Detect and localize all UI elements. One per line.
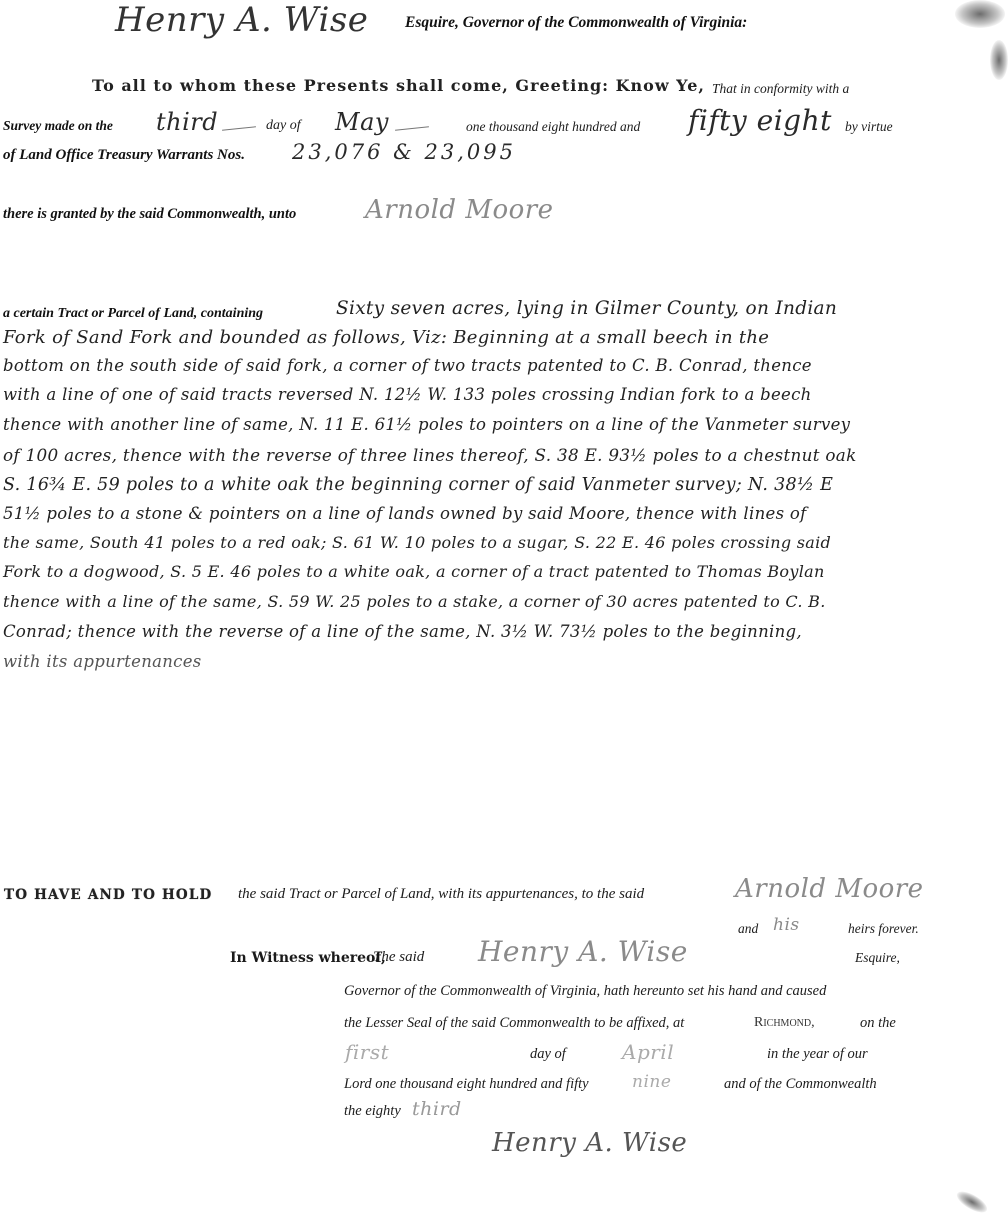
witness-esquire: Esquire, [855,950,900,966]
witness-day-of: day of [530,1046,566,1063]
tract-line-1: Fork of Sand Fork and bounded as follows… [3,327,769,348]
tract-line-6: S. 16¾ E. 59 poles to a white oak the be… [3,475,833,495]
survey-year-hand: fifty eight [688,104,832,137]
habendum-print: the said Tract or Parcel of Land, with i… [238,886,644,903]
witness-line5-hand: third [412,1098,462,1120]
witness-line4a: Lord one thousand eight hundred and fift… [344,1076,589,1093]
witness-line4b: and of the Commonwealth [724,1076,877,1093]
scan-artifact [990,40,1008,80]
tract-line-10: thence with a line of the same, S. 59 W.… [3,592,826,611]
scan-artifact [954,1187,990,1216]
greeting-blackletter: To all to whom these Presents shall come… [92,76,705,95]
tract-prefix: a certain Tract or Parcel of Land, conta… [3,306,263,322]
tract-line-0: Sixty seven acres, lying in Gilmer Count… [336,298,837,319]
fill-dash [222,126,256,131]
witness-city: Richmond, [754,1015,815,1031]
tract-line-9: Fork to a dogwood, S. 5 E. 46 poles to a… [3,562,825,581]
habendum-pronoun: his [773,915,800,935]
fill-dash [395,126,429,131]
survey-day-of: day of [266,118,301,134]
habendum-heirs: heirs forever. [848,921,919,937]
witness-month: April [622,1040,674,1064]
witness-bold: In Witness whereof, [230,950,386,966]
survey-suffix: by virtue [845,119,893,135]
grantee-prefix: there is granted by the said Commonwealt… [3,206,296,223]
grantee-name: Arnold Moore [365,195,554,225]
habendum-and: and [738,921,758,937]
governor-signature-header: Henry A. Wise [115,0,368,40]
tract-line-2: bottom on the south side of said fork, a… [3,356,812,375]
tract-line-3: with a line of one of said tracts revers… [3,385,812,404]
witness-year-hand: nine [632,1072,671,1092]
governor-signature-bottom: Henry A. Wise [492,1128,687,1158]
survey-day: third [156,108,218,136]
header-title: Esquire, Governor of the Commonwealth of… [405,14,747,32]
witness-line2b: on the [860,1015,896,1032]
survey-prefix: Survey made on the [3,118,113,134]
witness-line5a: the eighty [344,1103,401,1120]
habendum-grantee: Arnold Moore [735,874,924,904]
witness-year-of-our: in the year of our [767,1046,868,1063]
tract-line-8: the same, South 41 poles to a red oak; S… [3,533,831,552]
warrant-prefix: of Land Office Treasury Warrants Nos. [3,147,245,164]
habendum-caps: TO HAVE AND TO HOLD [4,887,212,903]
tract-line-7: 51½ poles to a stone & pointers on a lin… [3,504,807,523]
tract-line-11: Conrad; thence with the reverse of a lin… [3,622,802,641]
tract-line-5: of 100 acres, thence with the reverse of… [3,445,857,465]
tract-line-12: with its appurtenances [3,652,202,671]
scan-artifact [955,0,1005,28]
witness-print: The said [373,949,424,966]
greeting-tail: That in conformity with a [712,81,849,97]
witness-governor: Henry A. Wise [478,935,688,968]
tract-line-4: thence with another line of same, N. 11 … [3,415,850,434]
warrant-numbers: 23,076 & 23,095 [292,140,516,164]
witness-line1: Governor of the Commonwealth of Virginia… [344,983,826,1000]
survey-year-print: one thousand eight hundred and [466,119,640,135]
witness-day: first [345,1040,389,1064]
witness-line2a: the Lesser Seal of the said Commonwealth… [344,1015,684,1032]
survey-month: May [335,108,389,136]
